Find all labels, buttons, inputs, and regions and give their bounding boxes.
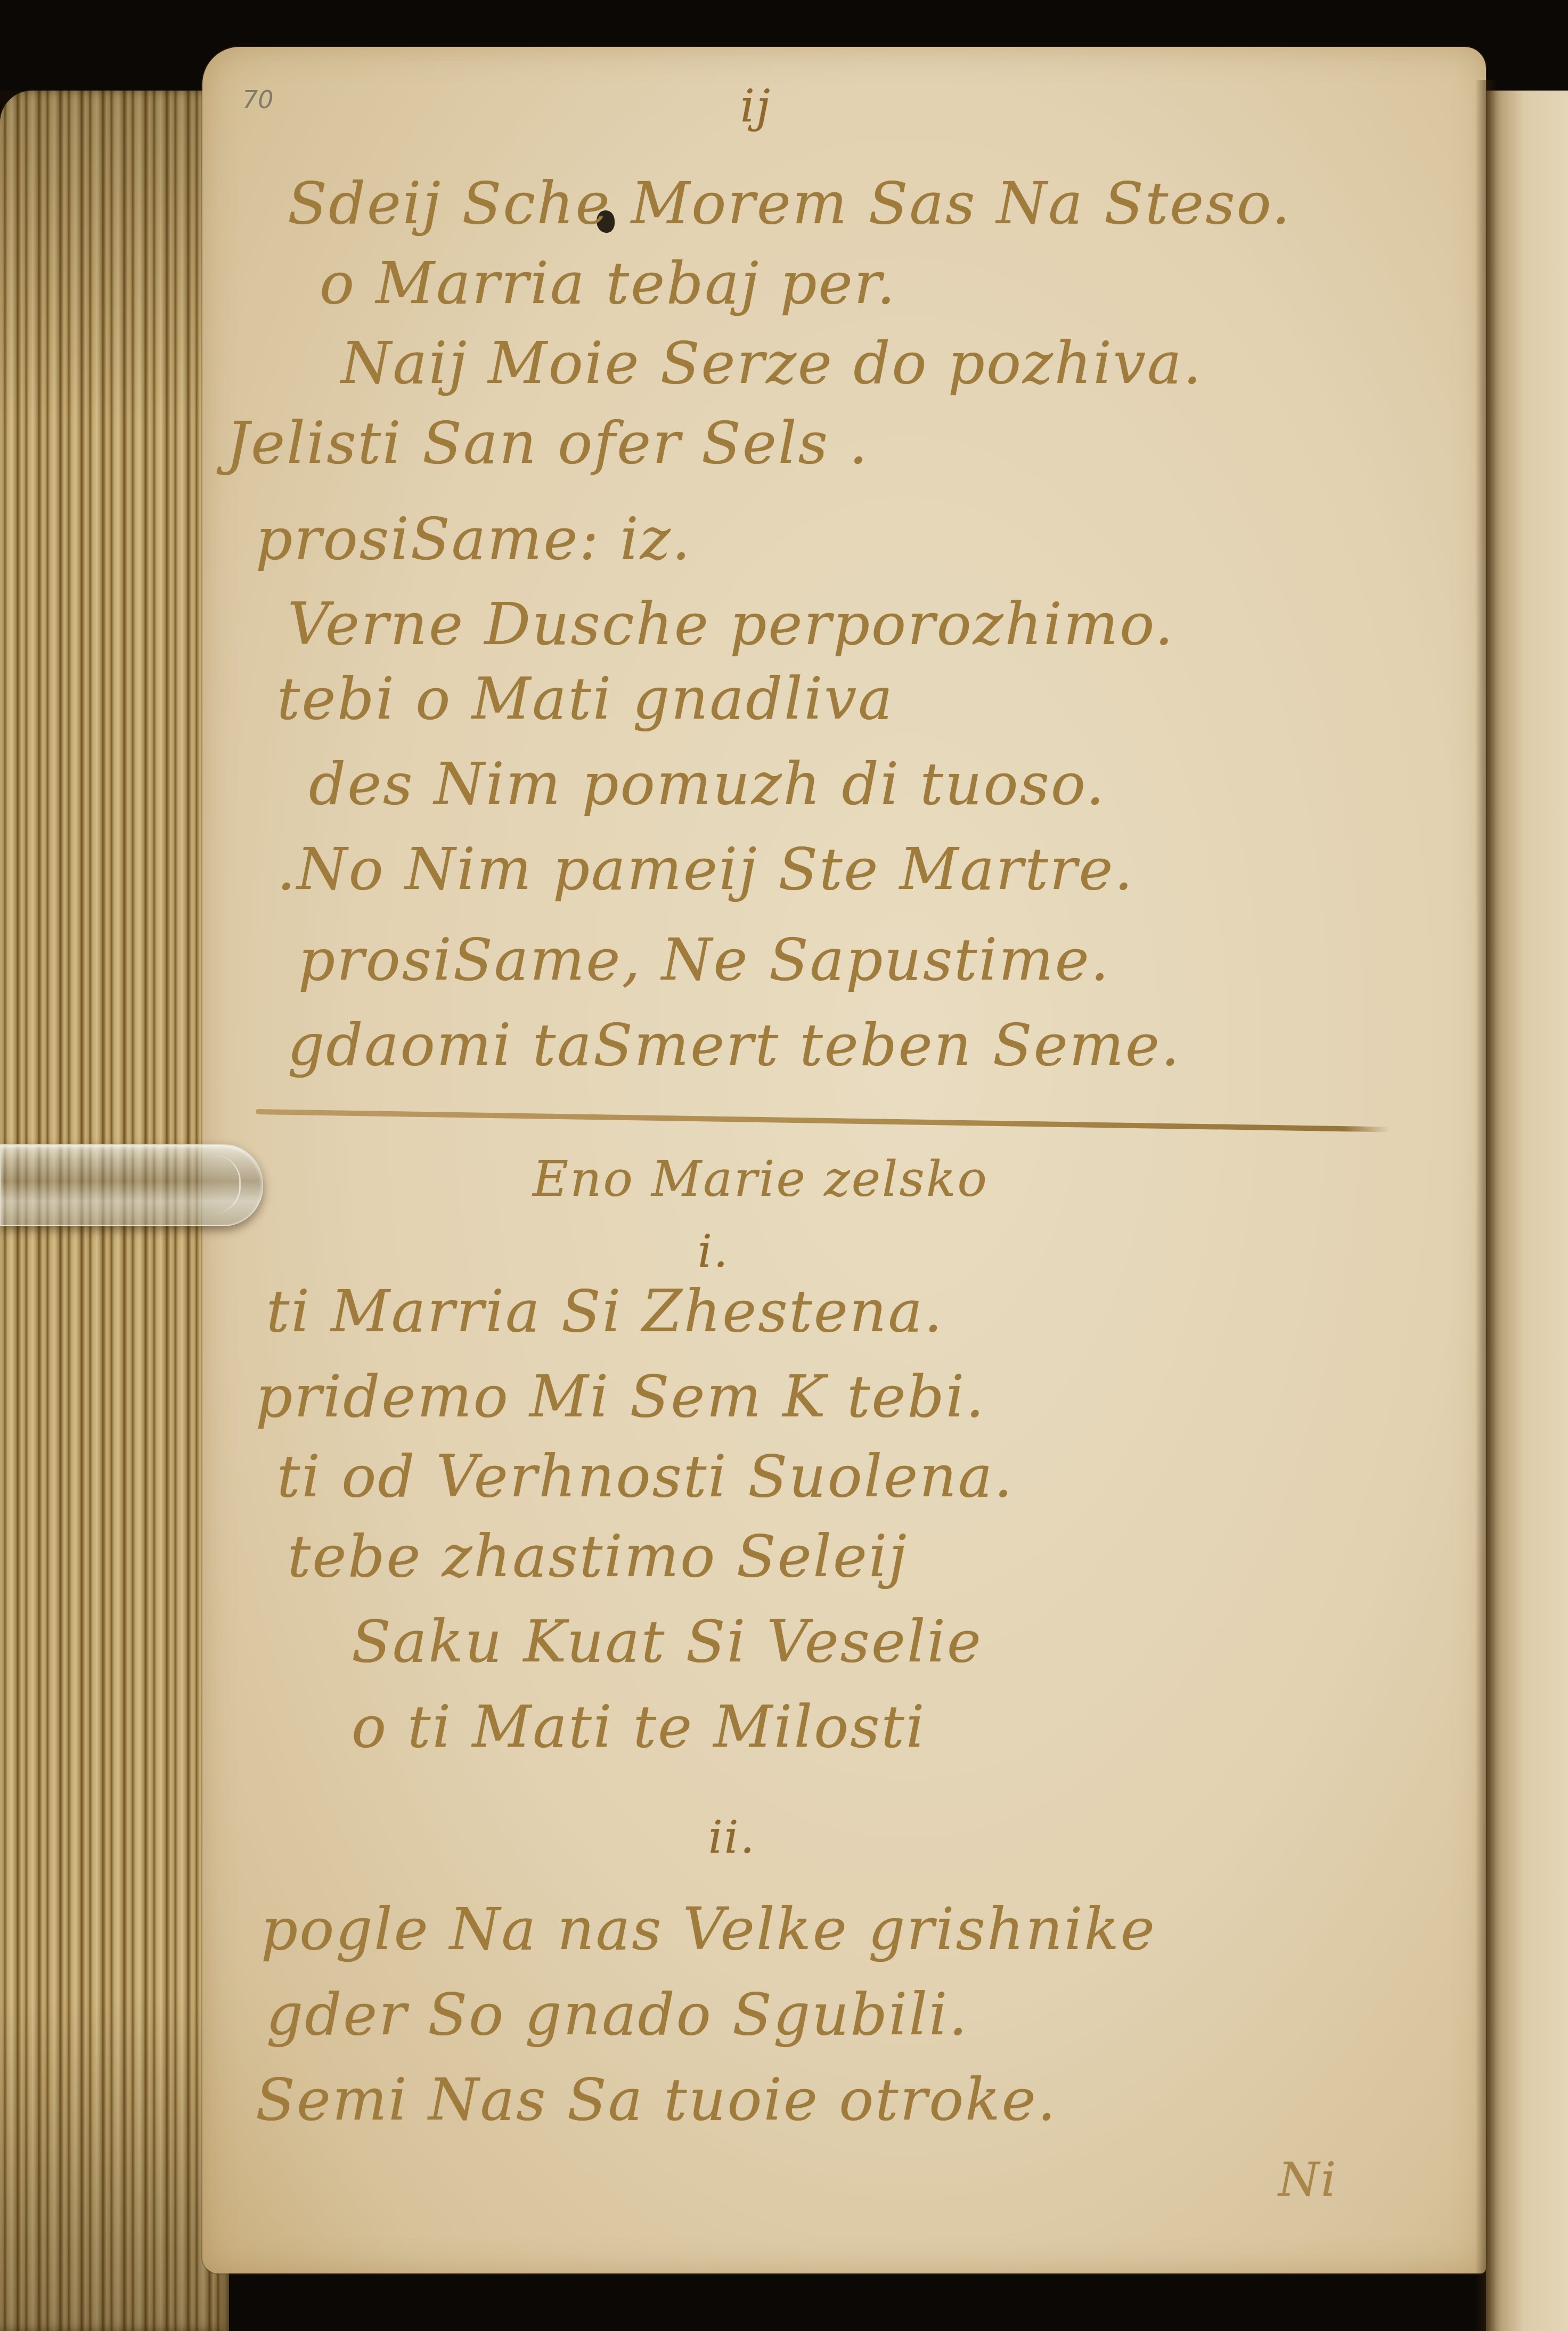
text-line: o Marria tebaj per. xyxy=(320,250,897,317)
text-line: Sdeij Sche Morem Sas Na Steso. xyxy=(288,170,1292,237)
verse-number: ii. xyxy=(708,1811,756,1863)
text-line: Jelisti San ofer Sels . xyxy=(226,410,869,477)
verse-number: i. xyxy=(698,1225,730,1277)
catchword: Ni xyxy=(1278,2152,1337,2207)
text-line: prosiSame: iz. xyxy=(256,506,692,573)
text-line: des Nim pomuzh di tuoso. xyxy=(309,751,1106,818)
hymn-title: Eno Marie zelsko xyxy=(533,1151,989,1208)
glass-page-weight xyxy=(0,1144,263,1226)
text-line: tebi o Mati gnadliva xyxy=(277,666,894,732)
text-line: Semi Nas Sa tuoie otroke. xyxy=(256,2067,1057,2133)
text-line: o ti Mati te Milosti xyxy=(352,1694,926,1761)
text-line: pridemo Mi Sem K tebi. xyxy=(256,1364,986,1430)
folio-number: 70 xyxy=(242,85,274,114)
text-line: ti od Verhnosti Suolena. xyxy=(277,1444,1014,1510)
text-line: .No Nim pameij Ste Martre. xyxy=(277,836,1134,903)
text-line: gder So gnado Sgubili. xyxy=(266,1982,969,2048)
text-line: tebe zhastimo Seleij xyxy=(288,1523,908,1590)
facing-page xyxy=(1486,91,1568,2331)
text-line: pogle Na nas Velke grishnike xyxy=(261,1896,1156,1963)
text-line: ti Marria Si Zhestena. xyxy=(266,1278,944,1345)
text-line: prosiSame, Ne Sapustime. xyxy=(298,927,1110,993)
text-line: Verne Dusche perporozhimo. xyxy=(288,591,1175,658)
binding-gutter-shadow xyxy=(1475,80,1497,2331)
text-line: Naij Moie Serze do pozhiva. xyxy=(341,330,1203,397)
text-line: gdaomi taSmert teben Seme. xyxy=(288,1012,1181,1079)
text-line: Saku Kuat Si Veselie xyxy=(352,1609,983,1675)
verse-number: ij xyxy=(740,80,772,132)
